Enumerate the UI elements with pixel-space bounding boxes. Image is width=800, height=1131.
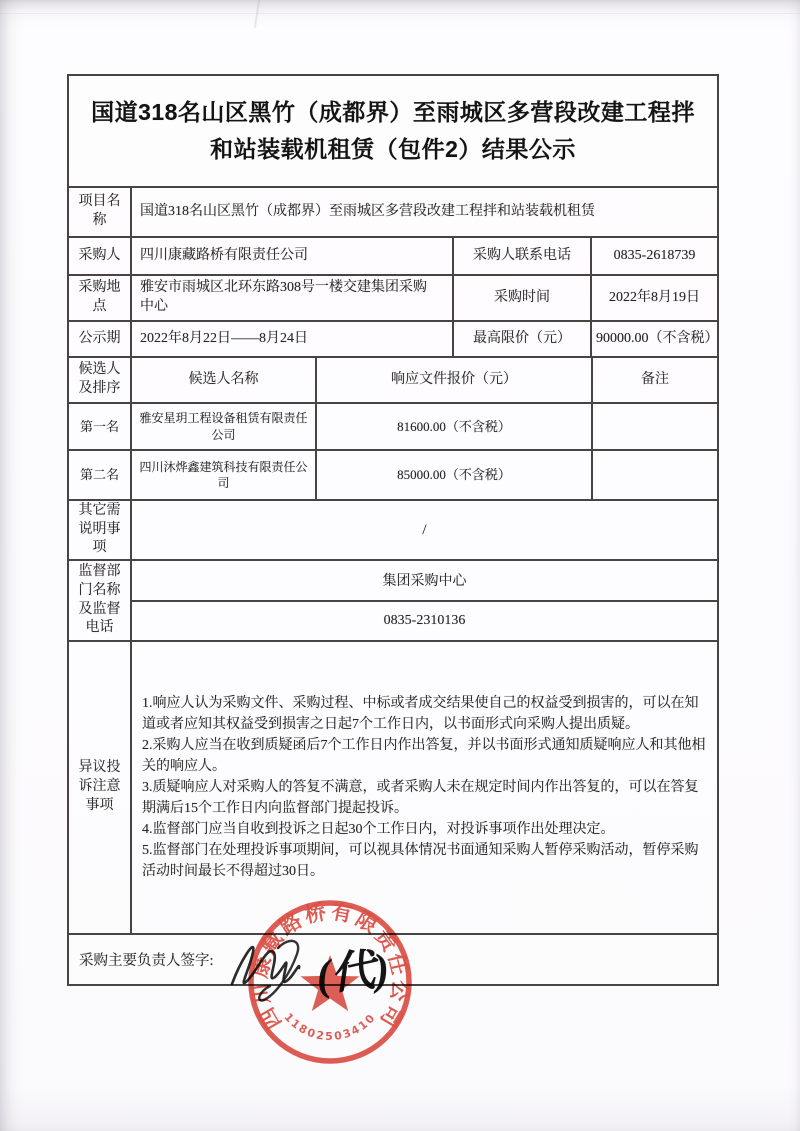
signature-scribble-loop [259, 941, 298, 1001]
candidate-2-name: 四川沐烨鑫建筑科技有限责任公司 [132, 451, 317, 499]
objection-item-2: 2.采购人应当在收到质疑函后7个工作日内作出答复，并以书面形式通知质疑响应人和其… [142, 735, 707, 777]
candidate-2-price: 85000.00（不含税） [317, 451, 593, 499]
supervision-department: 集团采购中心 [132, 561, 717, 602]
candidates-note-header: 备注 [593, 358, 717, 402]
other-notes-row: 其它需说明事项 / [69, 501, 717, 561]
candidate-1-name: 雅安星玥工程设备租赁有限责任公司 [132, 404, 317, 449]
purchase-time-label: 采购时间 [454, 276, 592, 320]
scanned-document-page: 国道318名山区黑竹（成都界）至雨城区多营段改建工程拌和站装载机租赁（包件2）结… [0, 0, 800, 1131]
purchase-time-value: 2022年8月19日 [592, 276, 717, 320]
publicity-period-row: 公示期 2022年8月22日——8月24日 最高限价（元） 90000.00（不… [69, 322, 717, 358]
candidates-name-header: 候选人名称 [132, 358, 317, 402]
candidate-row-1: 第一名 雅安星玥工程设备租赁有限责任公司 81600.00（不含税） [69, 404, 717, 451]
purchaser-phone-label: 采购人联系电话 [454, 238, 592, 274]
purchaser-value: 四川康藏路桥有限责任公司 [132, 238, 454, 274]
candidate-1-rank: 第一名 [69, 404, 132, 449]
location-label: 采购地点 [69, 276, 132, 320]
purchaser-row: 采购人 四川康藏路桥有限责任公司 采购人联系电话 0835-2618739 [69, 238, 717, 276]
candidate-1-price: 81600.00（不含税） [317, 404, 593, 449]
other-notes-value: / [132, 501, 717, 559]
signature-scribble [232, 947, 299, 984]
objection-content: 1.响应人认为采购文件、采购过程、中标或者成交结果使自己的权益受到损害的，可以在… [132, 642, 717, 933]
purchaser-phone-value: 0835-2618739 [592, 238, 717, 274]
handwritten-signature: (代) [220, 928, 455, 1016]
document-title: 国道318名山区黑竹（成都界）至雨城区多营段改建工程拌和站装载机租赁（包件2）结… [69, 76, 717, 188]
max-price-label: 最高限价（元） [454, 322, 592, 356]
project-name-row: 项目名称 国道318名山区黑竹（成都界）至雨城区多营段改建工程拌和站装载机租赁 [69, 188, 717, 238]
signature-note-text: (代) [314, 944, 392, 1000]
supervision-values: 集团采购中心 0835-2310136 [132, 561, 717, 640]
candidate-2-rank: 第二名 [69, 451, 132, 499]
candidates-rank-header: 候选人及排序 [69, 358, 132, 402]
objection-item-3: 3.质疑响应人对采购人的答复不满意，或者采购人未在规定时间内作出答复的，可以在答… [142, 777, 707, 819]
objection-item-1: 1.响应人认为采购文件、采购过程、中标或者成交结果使自己的权益受到损害的，可以在… [142, 693, 707, 735]
max-price-value: 90000.00（不含税） [592, 322, 717, 356]
paper-crease-vertical [254, 0, 260, 28]
objection-item-5: 5.监督部门在处理投诉事项期间，可以视具体情况书面通知采购人暂停采购活动，暂停采… [142, 840, 707, 882]
signature-label: 采购主要负责人签字: [79, 949, 214, 970]
announcement-table: 国道318名山区黑竹（成都界）至雨城区多营段改建工程拌和站装载机租赁（包件2）结… [67, 74, 719, 986]
objection-item-4: 4.监督部门应当自收到投诉之日起30个工作日内，对投诉事项作出处理决定。 [142, 819, 707, 840]
candidates-header-row: 候选人及排序 候选人名称 响应文件报价（元） 备注 [69, 358, 717, 404]
supervision-row: 监督部门名称及监督电话 集团采购中心 0835-2310136 [69, 561, 717, 642]
publicity-period-label: 公示期 [69, 322, 132, 356]
location-value: 雅安市雨城区北环东路308号一楼交建集团采购中心 [132, 276, 454, 320]
objection-row: 异议投诉注意事项 1.响应人认为采购文件、采购过程、中标或者成交结果使自己的权益… [69, 642, 717, 935]
project-name-value: 国道318名山区黑竹（成都界）至雨城区多营段改建工程拌和站装载机租赁 [132, 188, 717, 236]
supervision-phone: 0835-2310136 [132, 602, 717, 641]
paper-crease-horizontal [0, 13, 800, 14]
project-name-label: 项目名称 [69, 188, 132, 236]
supervision-label: 监督部门名称及监督电话 [69, 561, 132, 640]
location-row: 采购地点 雅安市雨城区北环东路308号一楼交建集团采购中心 采购时间 2022年… [69, 276, 717, 322]
candidates-price-header: 响应文件报价（元） [317, 358, 593, 402]
candidate-1-note [593, 404, 717, 449]
objection-label: 异议投诉注意事项 [69, 642, 132, 933]
publicity-period-value: 2022年8月22日——8月24日 [132, 322, 454, 356]
purchaser-label: 采购人 [69, 238, 132, 274]
candidate-row-2: 第二名 四川沐烨鑫建筑科技有限责任公司 85000.00（不含税） [69, 451, 717, 501]
candidate-2-note [593, 451, 717, 499]
other-notes-label: 其它需说明事项 [69, 501, 132, 559]
